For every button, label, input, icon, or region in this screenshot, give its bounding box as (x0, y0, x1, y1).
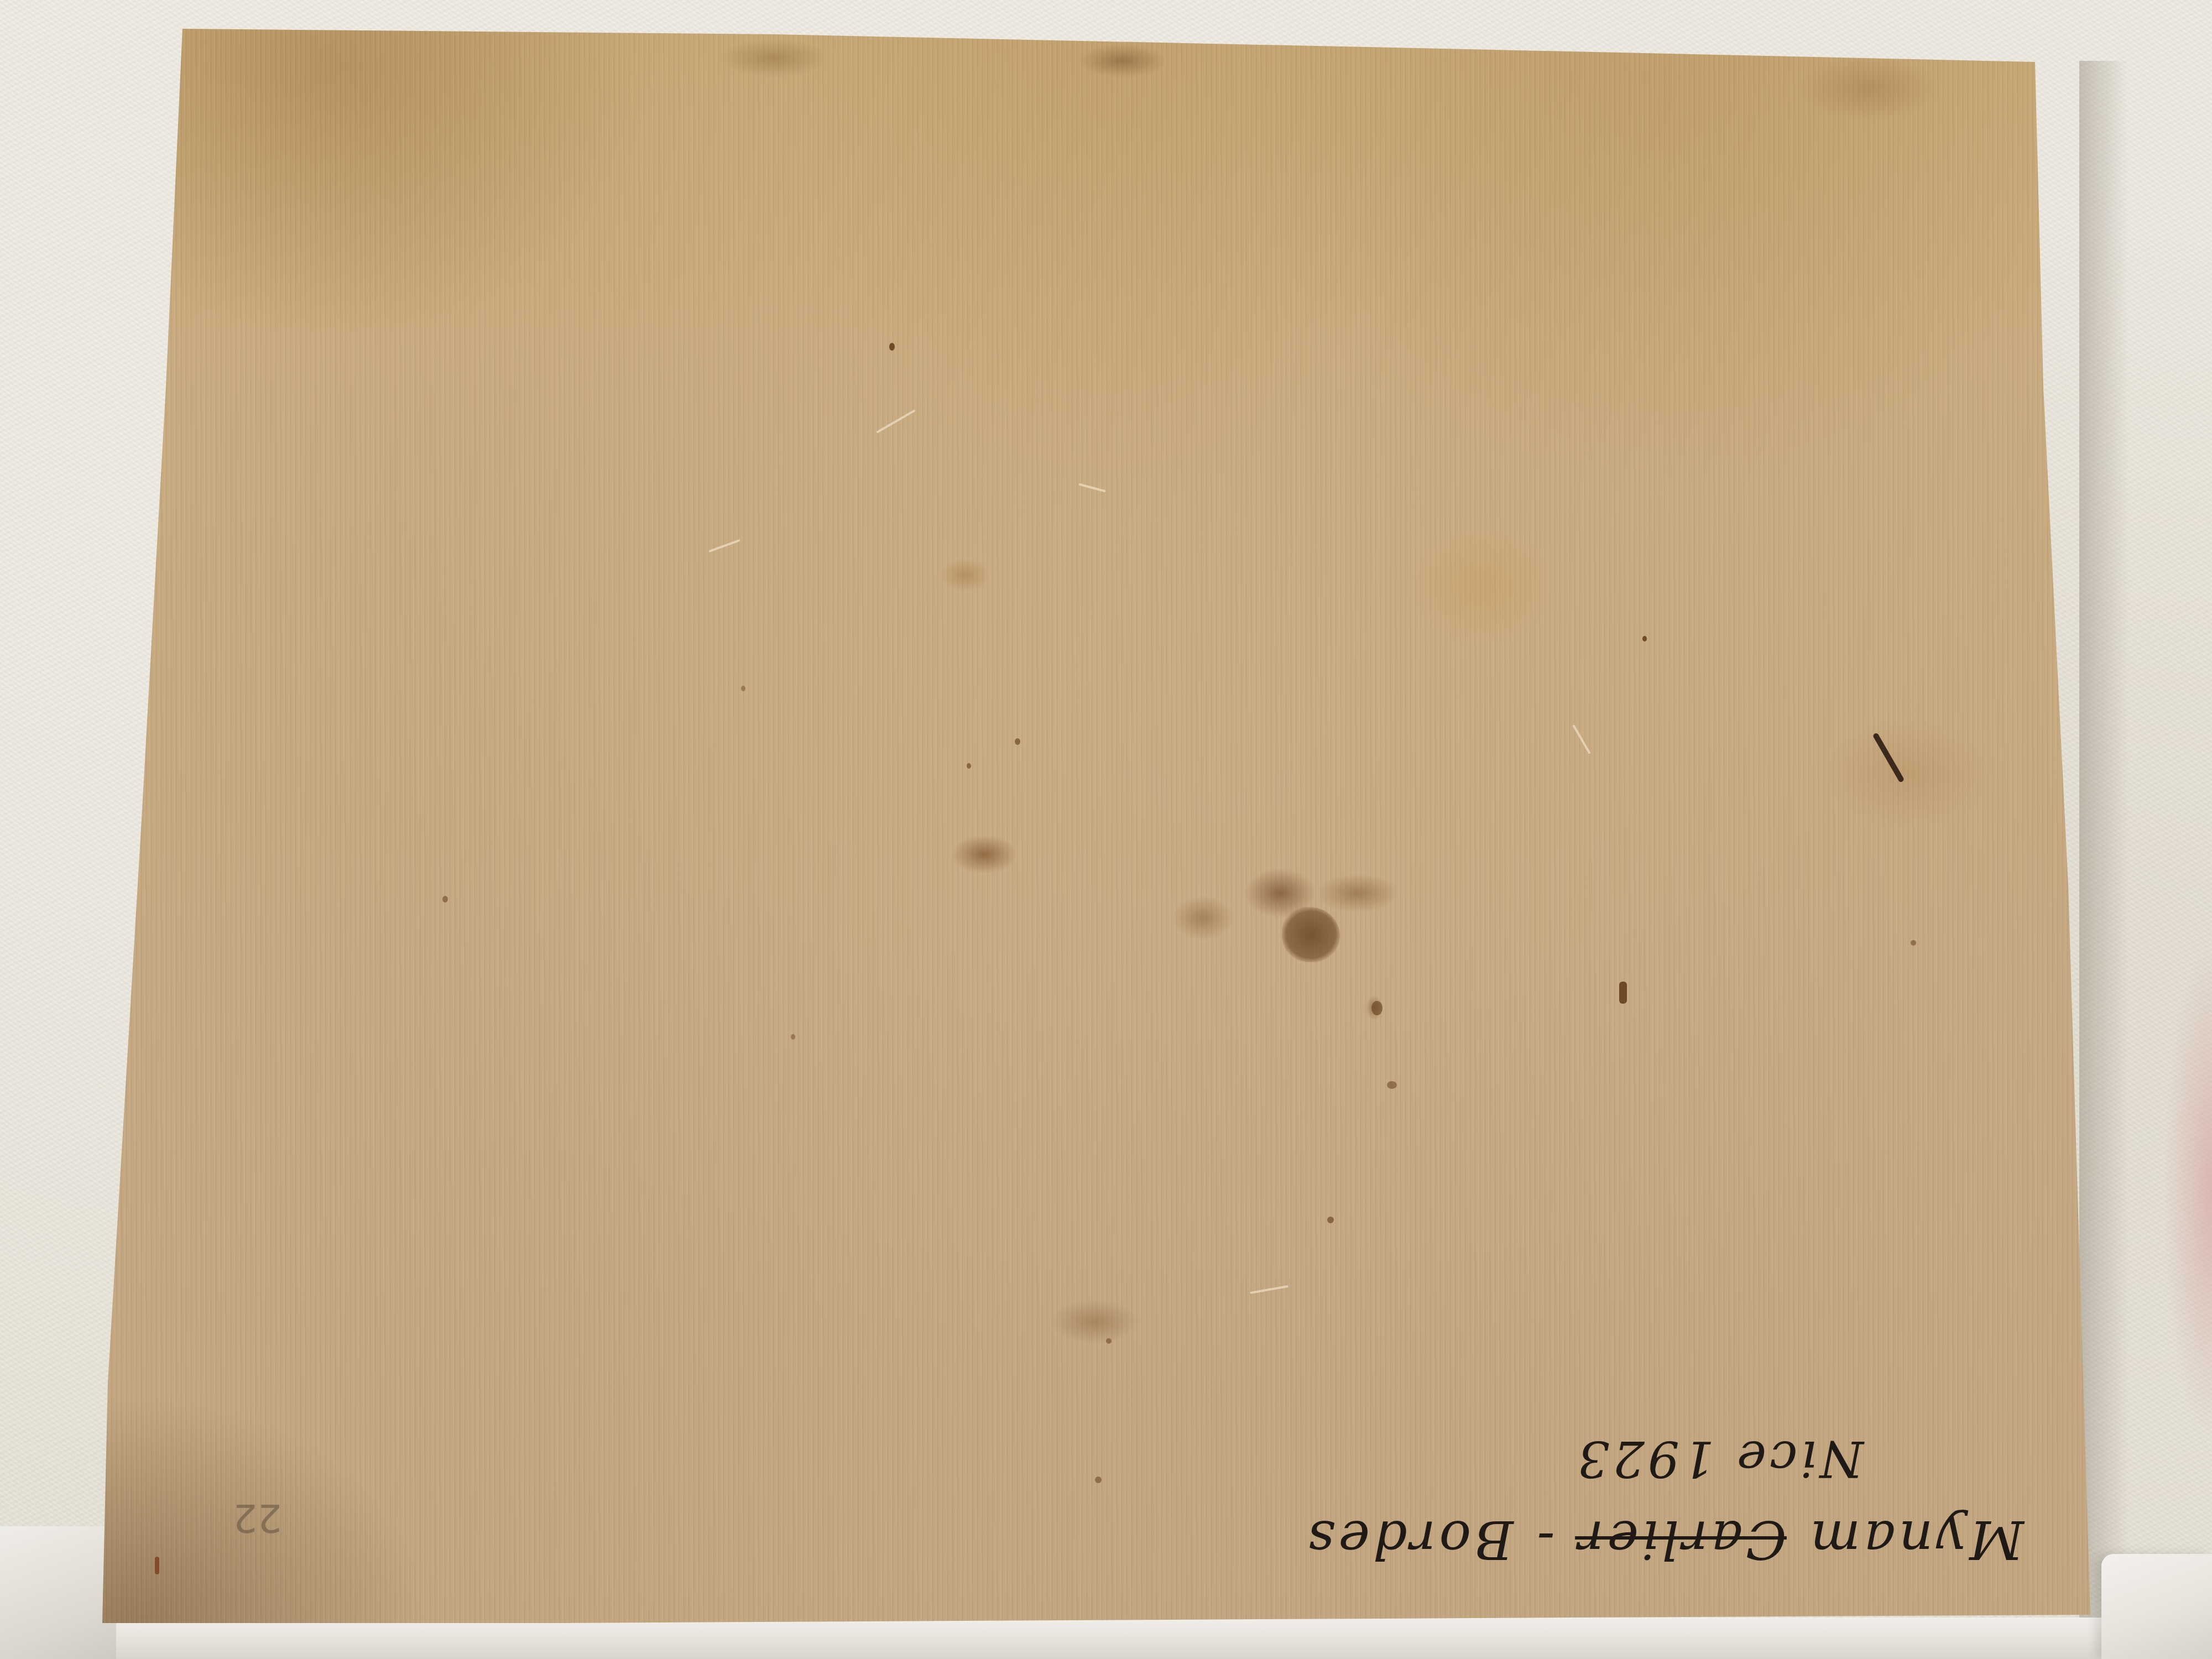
inscription-line-2: Nice 1923 (1574, 1430, 1864, 1488)
handwritten-inscription: Mynam Carlier - Bordes Nice 1923 (1493, 1416, 2046, 1582)
cardboard-panel-back (0, 0, 2212, 1659)
speck (1106, 1338, 1112, 1344)
speck (967, 763, 971, 769)
speck (889, 343, 895, 351)
speck (1015, 738, 1020, 745)
speck (791, 1034, 795, 1040)
speck (1387, 1081, 1397, 1089)
speck (1642, 636, 1647, 641)
board-shadow (2079, 61, 2129, 1620)
speck (741, 686, 745, 691)
board-texture (0, 0, 2212, 1659)
inscription-line-1: Mynam Carlier - Bordes (1305, 1509, 2024, 1571)
inscription-separator: - (1533, 1509, 1554, 1571)
inscription-struck-word: Carlier (1575, 1509, 1787, 1571)
shelf (0, 1618, 2212, 1659)
speck (1371, 1001, 1383, 1015)
pencil-number-mark: 22 (216, 1454, 282, 1537)
photo-scene: Mynam Carlier - Bordes Nice 1923 22 (0, 0, 2212, 1659)
speck (1911, 940, 1916, 946)
speck (1327, 1217, 1334, 1223)
inscription-surname: Bordes (1305, 1509, 1514, 1571)
inscription-place: Nice (1734, 1430, 1864, 1488)
speck (155, 1557, 159, 1574)
inscription-year: 1923 (1574, 1430, 1714, 1488)
shelf-left-block (0, 1526, 116, 1659)
speck (1619, 982, 1627, 1004)
speck (442, 896, 448, 902)
shelf-right-block (2101, 1554, 2212, 1659)
speck (1095, 1477, 1102, 1483)
inscription-first-name: Mynam (1807, 1509, 2024, 1571)
